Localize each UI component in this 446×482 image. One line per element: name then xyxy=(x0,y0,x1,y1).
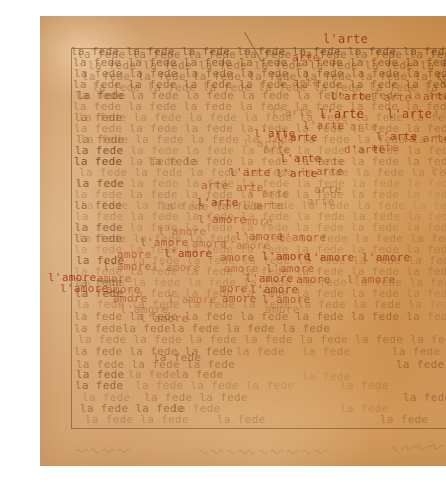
artist-signature xyxy=(390,439,446,458)
pencil-inscription-left xyxy=(75,440,153,459)
stamp-word: l'arte xyxy=(323,33,368,45)
pencil-border xyxy=(71,48,446,429)
artwork-canvas: l'artela fede la fede la fede la fede la… xyxy=(40,16,446,466)
pencil-inscription-center xyxy=(198,441,362,460)
